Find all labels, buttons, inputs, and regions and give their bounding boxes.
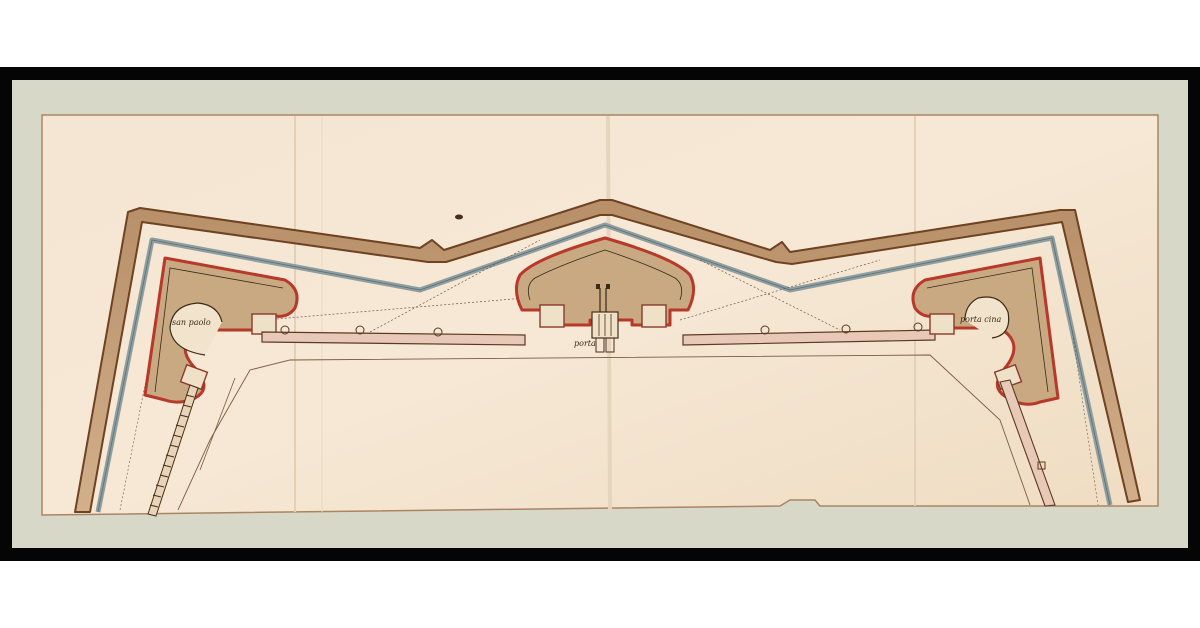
- center-gate-label: porta: [574, 339, 596, 348]
- right-bastion-label: porta cina: [960, 315, 1001, 324]
- fortification-plan: san paolo porta porta cin: [0, 0, 1200, 628]
- left-bastion-label: san paolo: [172, 318, 211, 327]
- left-curtain: [262, 332, 525, 345]
